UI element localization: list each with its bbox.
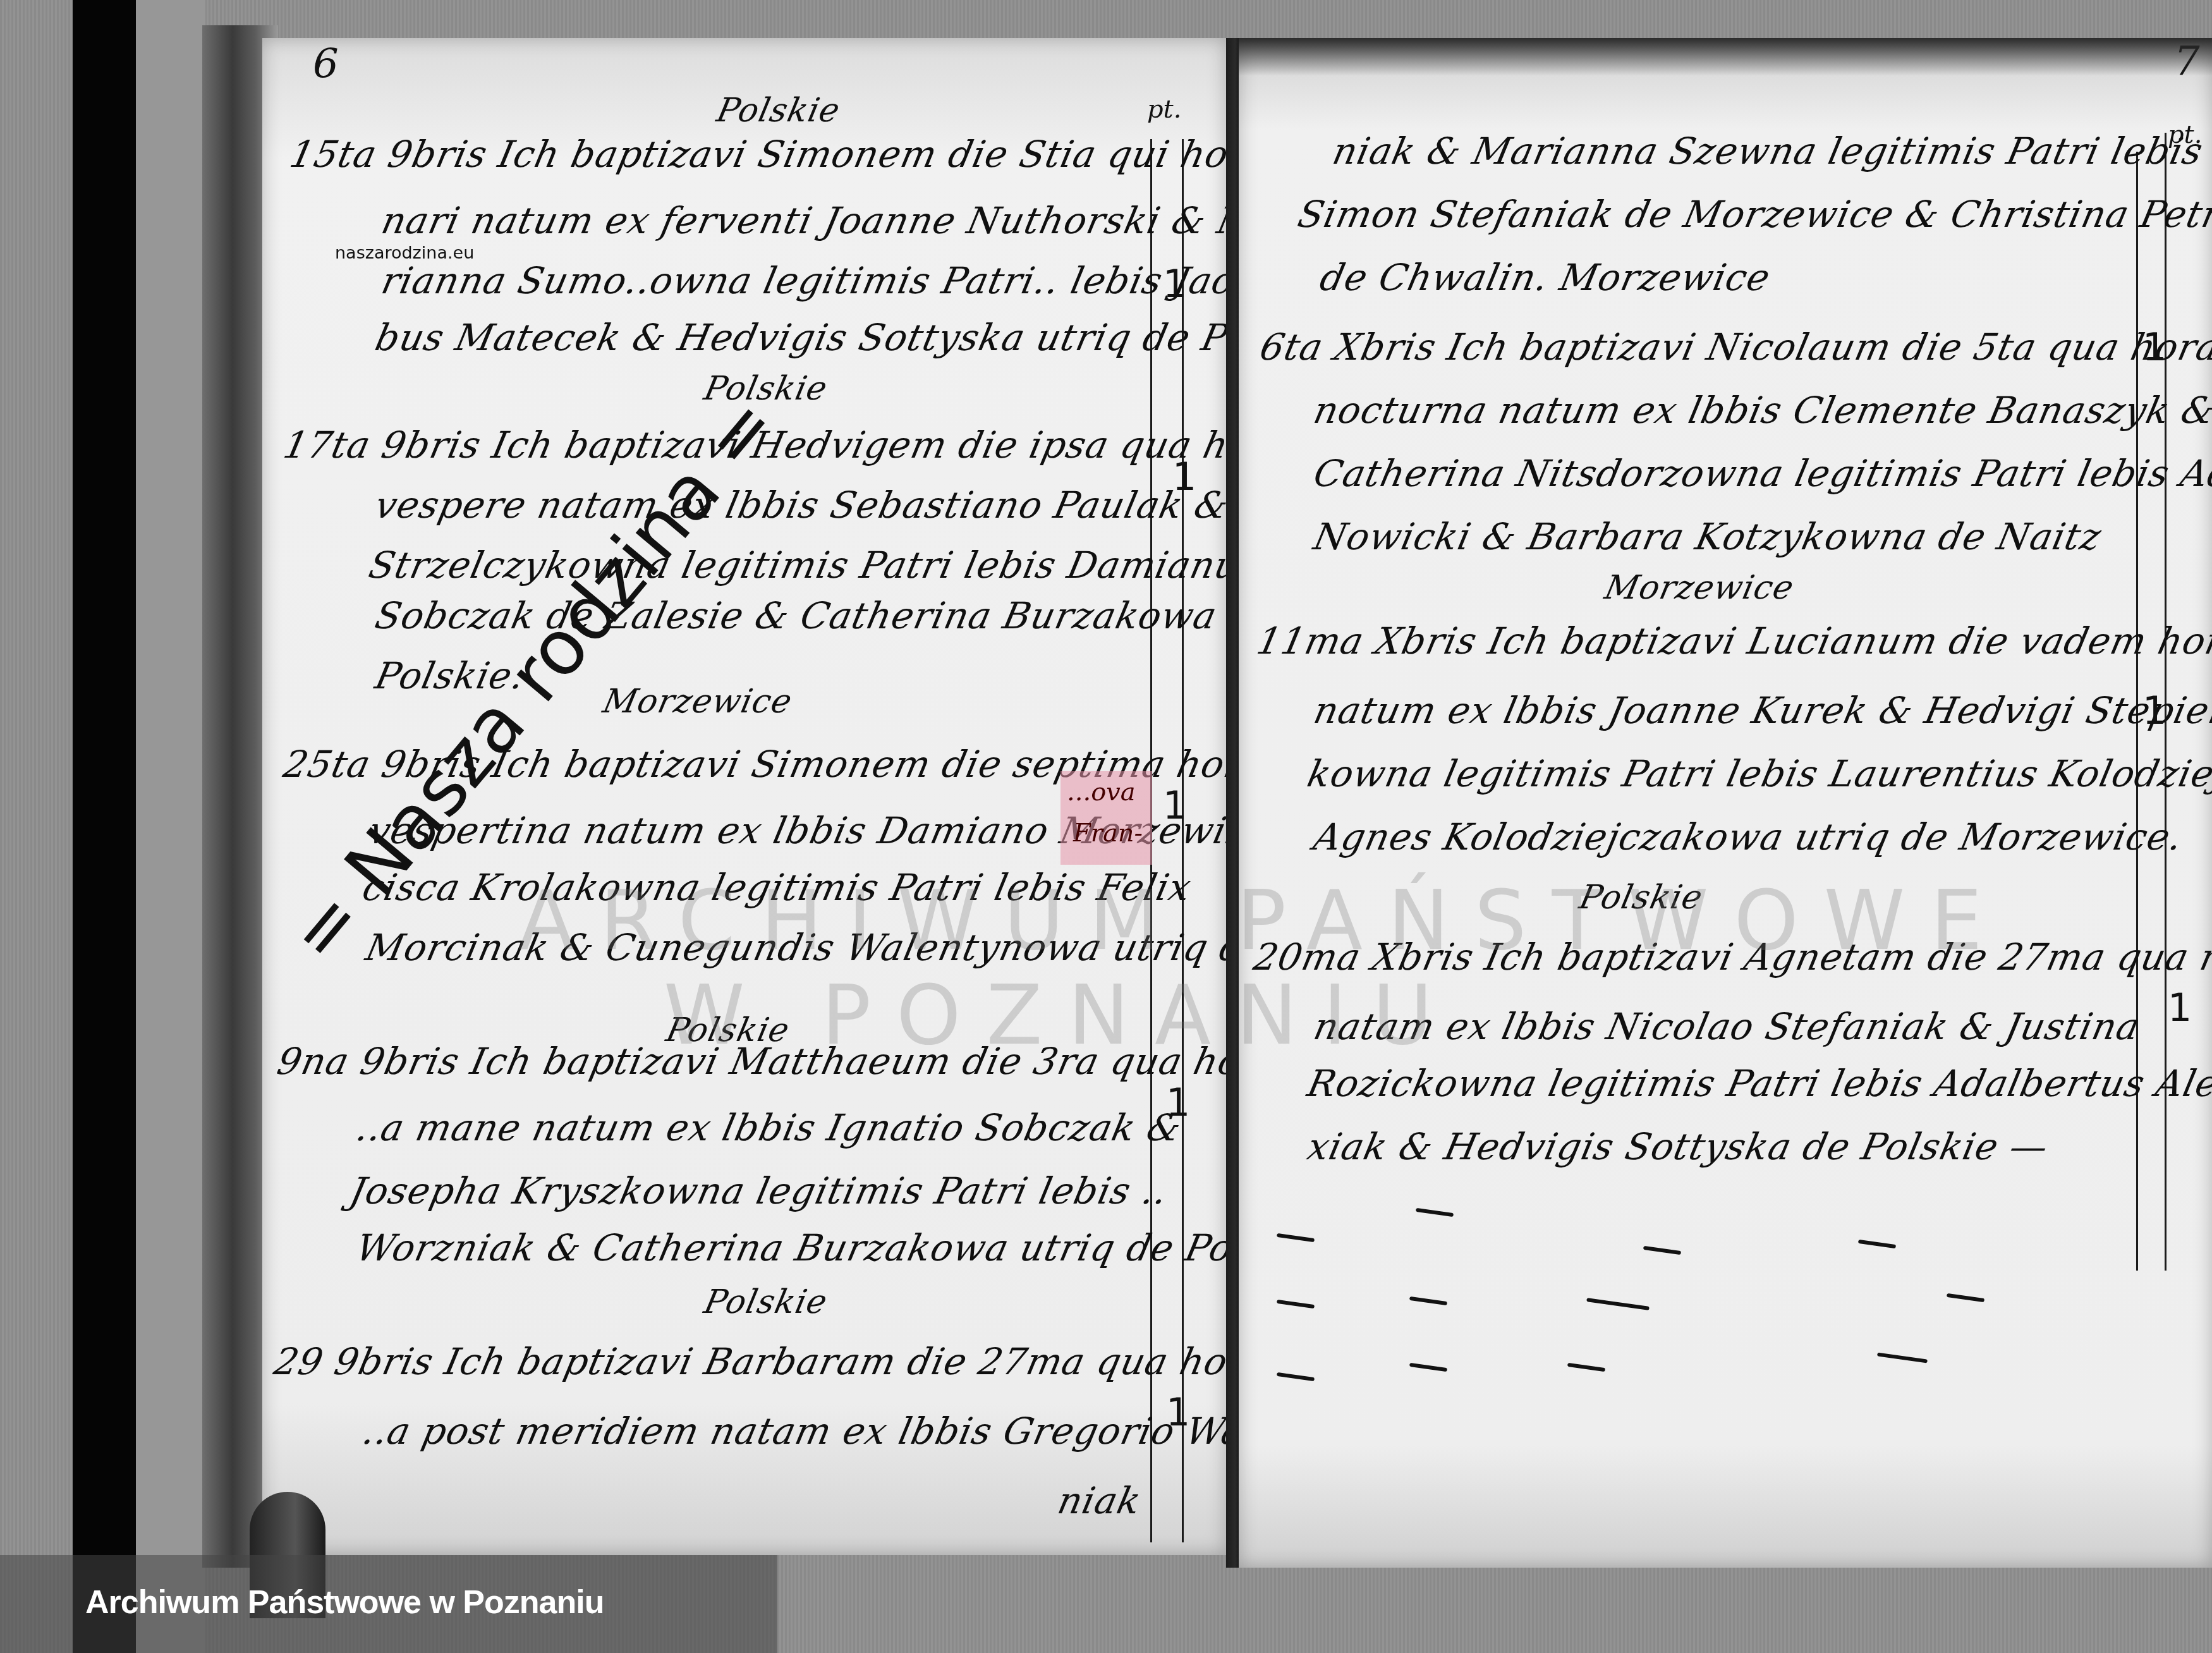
column-header: pt.	[1147, 95, 1181, 124]
filler-dash	[1277, 1372, 1315, 1381]
filler-dash	[1416, 1208, 1454, 1217]
archive-credit: Archiwum Państwowe w Poznaniu	[85, 1583, 604, 1621]
filler-dash	[1277, 1233, 1315, 1242]
filler-dash	[1277, 1300, 1315, 1308]
entry-line: de Chwalin. Morzewice	[1316, 256, 1775, 299]
entry-line: ..a mane natum ex lbbis Ignatio Sobczak …	[353, 1106, 1186, 1149]
film-edge-strip	[73, 0, 136, 1653]
entry-line: natum ex lbbis Joanne Kurek & Hedvigi St…	[1310, 689, 2212, 732]
tally-mark: 1	[1163, 262, 1187, 307]
tally-mark: 1	[1166, 1391, 1190, 1435]
entry-line: Worzniak & Catherina Burzakowa utriq de …	[353, 1226, 1327, 1269]
tally-mark: 1	[1172, 455, 1196, 499]
archive-ghost-watermark: ARCHIWUM PAŃSTWOWE	[518, 872, 2008, 968]
entry-line: Josepha Kryszkowna legitimis Patri lebis…	[346, 1169, 1172, 1212]
village-label: Polskie	[701, 1283, 831, 1321]
entry-line: Rozickowna legitimis Patri lebis Adalber…	[1304, 1062, 2212, 1105]
entry-line: xiak & Hedvigis Sottyska de Polskie —	[1304, 1125, 2052, 1168]
site-watermark: naszarodzina.eu	[335, 243, 474, 263]
entry-line: niak & Marianna Szewna legitimis Patri l…	[1329, 130, 2207, 173]
filler-dash	[1643, 1246, 1681, 1255]
entry-line: Nowicki & Barbara Kotzykowna de Naitz	[1310, 515, 2105, 558]
entry-line: Catherina Nitsdorzowna legitimis Patri l…	[1310, 452, 2212, 495]
register-book: 6 pt. Polskie 15ta 9bris Ich baptizavi S…	[202, 25, 2212, 1587]
tally-mark: 1	[1163, 784, 1187, 828]
entry-line: 11ma Xbris Ich baptizavi Lucianum die va…	[1253, 619, 2212, 662]
entry-line: bus Matecek & Hedvigis Sottyska utriq de…	[372, 316, 1343, 359]
tally-mark: 1	[1166, 1081, 1190, 1125]
film-gap	[136, 0, 205, 1653]
filler-dash	[1567, 1363, 1605, 1372]
redaction-box: ...ova Fran-	[1060, 771, 1152, 865]
filler-dash	[1947, 1293, 1984, 1302]
filler-dash	[1877, 1352, 1928, 1363]
tally-mark: 1	[2168, 986, 2192, 1030]
page-number: 6	[313, 41, 339, 88]
tally-mark: 1	[2142, 326, 2166, 370]
entry-line: kowna legitimis Patri lebis Laurentius K…	[1304, 752, 2212, 795]
entry-line: nocturna natum ex lbbis Clemente Banaszy…	[1310, 389, 2212, 432]
entry-line: 29 9bris Ich baptizavi Barbaram die 27ma…	[270, 1340, 1273, 1383]
entry-line: Agnes Kolodziejczakowa utriq de Morzewic…	[1310, 815, 2187, 858]
entry-line: niak	[1054, 1479, 1145, 1522]
filler-dash	[1409, 1363, 1447, 1372]
page-top-shadow	[1239, 38, 2212, 76]
archive-ghost-watermark: W POZNANIU	[664, 967, 1458, 1063]
entry-line: Sobczak de Zalesie & Catherina Burzakowa…	[372, 594, 1280, 637]
entry-line: rianna Sumo..owna legitimis Patri.. lebi…	[378, 259, 1273, 302]
entry-line: 15ta 9bris Ich baptizavi Simonem die Sti…	[286, 133, 1346, 176]
filler-dash	[1409, 1296, 1447, 1305]
entry-line: Strzelczykowna legitimis Patri lebis Dam…	[365, 544, 1263, 587]
entry-line: nari natum ex ferventi Joanne Nuthorski …	[378, 199, 1296, 242]
village-label: Morzewice	[1601, 569, 1797, 607]
entry-line: Simon Stefaniak de Morzewice & Christina…	[1294, 193, 2212, 236]
entry-line: 6ta Xbris Ich baptizavi Nicolaum die 5ta…	[1256, 326, 2212, 369]
village-label: Morzewice	[600, 683, 796, 721]
tally-mark: 1	[2142, 689, 2166, 733]
filler-dash	[1858, 1240, 1896, 1248]
filler-dash	[1586, 1298, 1650, 1310]
right-page: 7 pt. niak & Marianna Szewna legitimis P…	[1239, 38, 2212, 1568]
village-label: Polskie	[714, 92, 844, 130]
